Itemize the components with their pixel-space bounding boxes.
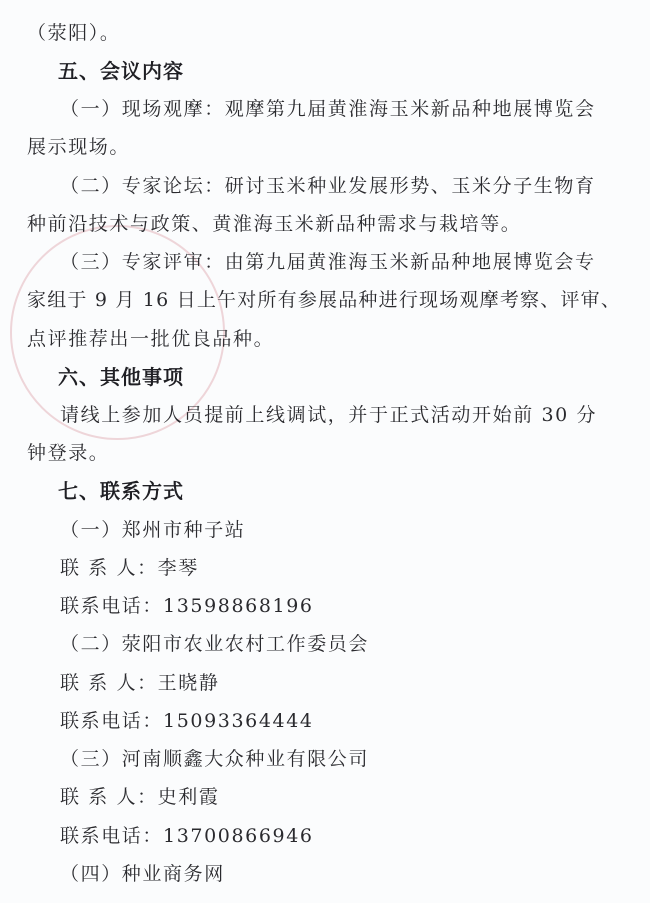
contact-org-2: （二）荥阳市农业农村工作委员会 <box>60 625 630 663</box>
item-expert-review: （三）专家评审：由第九届黄淮海玉米新品种地展博览会专 <box>60 243 630 281</box>
contact-org-3: （三）河南顺鑫大众种业有限公司 <box>60 740 630 778</box>
contact-phone-1: 联系电话：13598868196 <box>60 587 630 625</box>
contact-phone-2: 联系电话：15093364444 <box>60 702 630 740</box>
section-heading-contact: 七、联系方式 <box>58 472 630 510</box>
other-matters-text: 请线上参加人员提前上线调试，并于正式活动开始前 30 分 <box>60 396 630 434</box>
contact-org-1: （一）郑州市种子站 <box>60 511 630 549</box>
section-heading-meeting-content: 五、会议内容 <box>58 52 630 90</box>
item-expert-forum: （二）专家论坛：研讨玉米种业发展形势、玉米分子生物育 <box>60 167 630 205</box>
contact-person-2: 联 系 人：王晓静 <box>60 664 630 702</box>
other-matters-text-cont: 钟登录。 <box>27 434 630 472</box>
item-expert-review-end: 点评推荐出一批优良品种。 <box>27 320 630 358</box>
contact-person-1: 联 系 人：李琴 <box>60 549 630 587</box>
item-expert-review-cont: 家组于 9 月 16 日上午对所有参展品种进行现场观摩考察、评审、 <box>27 281 630 319</box>
item-site-visit: （一）现场观摩：观摩第九届黄淮海玉米新品种地展博览会 <box>60 90 630 128</box>
document-page: （荥阳）。 五、会议内容 （一）现场观摩：观摩第九届黄淮海玉米新品种地展博览会 … <box>0 0 650 903</box>
contact-org-4: （四）种业商务网 <box>60 855 630 893</box>
section-heading-other-matters: 六、其他事项 <box>58 358 630 396</box>
contact-person-3: 联 系 人：史利霞 <box>60 778 630 816</box>
text-line-location: （荥阳）。 <box>27 14 630 52</box>
contact-phone-3: 联系电话：13700866946 <box>60 817 630 855</box>
item-site-visit-cont: 展示现场。 <box>27 128 630 166</box>
item-expert-forum-cont: 种前沿技术与政策、黄淮海玉米新品种需求与栽培等。 <box>27 205 630 243</box>
